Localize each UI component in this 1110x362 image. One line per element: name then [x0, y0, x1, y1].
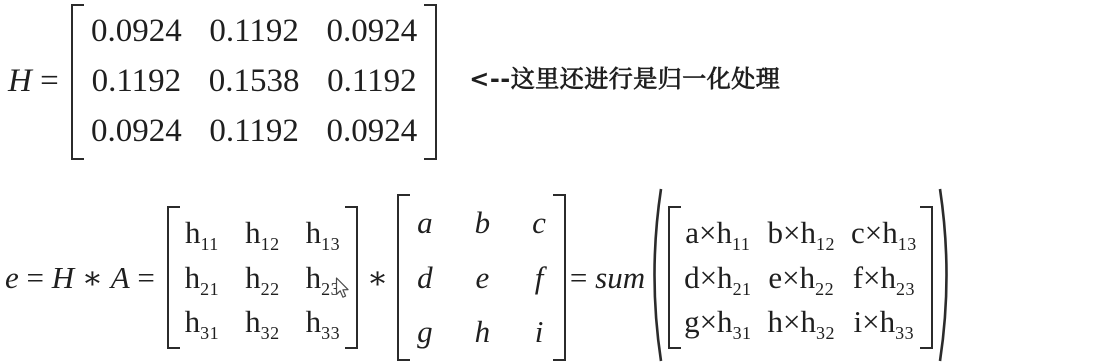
formula-e-row: e = H ∗ A = h11h12h13h21h22h23h31h32h33 … [5, 186, 956, 362]
matrix-cell: h33 [306, 304, 340, 340]
matrix-cell: i [535, 314, 544, 350]
matrix-cell: 0.0924 [326, 113, 417, 151]
formula-segment: = [130, 260, 163, 295]
matrix-cell: h22 [245, 260, 279, 296]
formula-H-row: H = 0.09240.11920.09240.11920.15380.1192… [8, 4, 780, 160]
formula-segment: = [570, 260, 595, 295]
matrix-cell: h12 [245, 215, 279, 251]
formula-H-lhs: H = [8, 65, 67, 98]
matrix-cell: 0.1192 [92, 63, 182, 101]
matrix-cell: e×h22 [768, 260, 834, 296]
matrix-cell: h21 [185, 260, 219, 296]
formula-segment: = [32, 63, 67, 99]
matrix-H-values: 0.09240.11920.09240.11920.15380.11920.09… [71, 4, 437, 160]
close-paren-icon [938, 186, 955, 362]
matrix-cell: a×h11 [685, 215, 750, 251]
matrix-cell: d×h21 [684, 260, 751, 296]
matrix-cell: e [475, 260, 489, 296]
matrix-cell: d [417, 260, 433, 296]
matrix-cell: c [532, 205, 546, 241]
matrix-cell: 0.1192 [209, 113, 299, 151]
formula-segment: e [5, 260, 19, 295]
matrix-cell: h13 [306, 215, 340, 251]
matrix-cell: h31 [185, 304, 219, 340]
convolution-operator: ∗ [367, 262, 388, 293]
matrix-cell: h [475, 314, 491, 350]
matrix-kernel-h: h11h12h13h21h22h23h31h32h33 [167, 206, 358, 349]
normalization-annotation: <--这里还进行是归一化处理 [469, 59, 780, 94]
formula-segment: H [52, 260, 74, 295]
matrix-cell: 0.1192 [209, 13, 299, 51]
matrix-elementwise-product: a×h11b×h12c×h13d×h21e×h22f×h23g×h31h×h32… [668, 206, 933, 349]
matrix-cell: i×h33 [854, 304, 915, 340]
formula-e-lhs: e = H ∗ A = [5, 262, 163, 293]
matrix-cell: h11 [185, 215, 219, 251]
equals-sum-label: = sum [570, 262, 645, 293]
matrix-cell: 0.0924 [91, 13, 182, 51]
matrix-cell: f [535, 260, 544, 296]
matrix-image-patch: abcdefghi [397, 194, 566, 361]
matrix-cell: 0.1538 [209, 63, 300, 101]
matrix-cell: b [475, 205, 491, 241]
matrix-cell: h32 [245, 304, 279, 340]
mouse-cursor-icon [335, 277, 350, 304]
formula-segment: sum [595, 260, 645, 295]
matrix-cell: c×h13 [851, 215, 917, 251]
formula-segment: A [111, 260, 130, 295]
matrix-cell: h×h32 [768, 304, 835, 340]
matrix-cell: g [417, 314, 433, 350]
matrix-cell: 0.0924 [91, 113, 182, 151]
matrix-cell: g×h31 [684, 304, 751, 340]
matrix-cell: 0.0924 [326, 13, 417, 51]
formula-segment: ∗ [74, 260, 111, 295]
formula-segment: = [19, 260, 52, 295]
matrix-cell: b×h12 [768, 215, 835, 251]
open-paren-icon [646, 186, 663, 362]
formula-segment: H [8, 63, 32, 99]
formula-canvas: H = 0.09240.11920.09240.11920.15380.1192… [0, 0, 1110, 362]
matrix-cell: 0.1192 [327, 63, 417, 101]
matrix-cell: a [417, 205, 433, 241]
matrix-cell: f×h23 [853, 260, 915, 296]
